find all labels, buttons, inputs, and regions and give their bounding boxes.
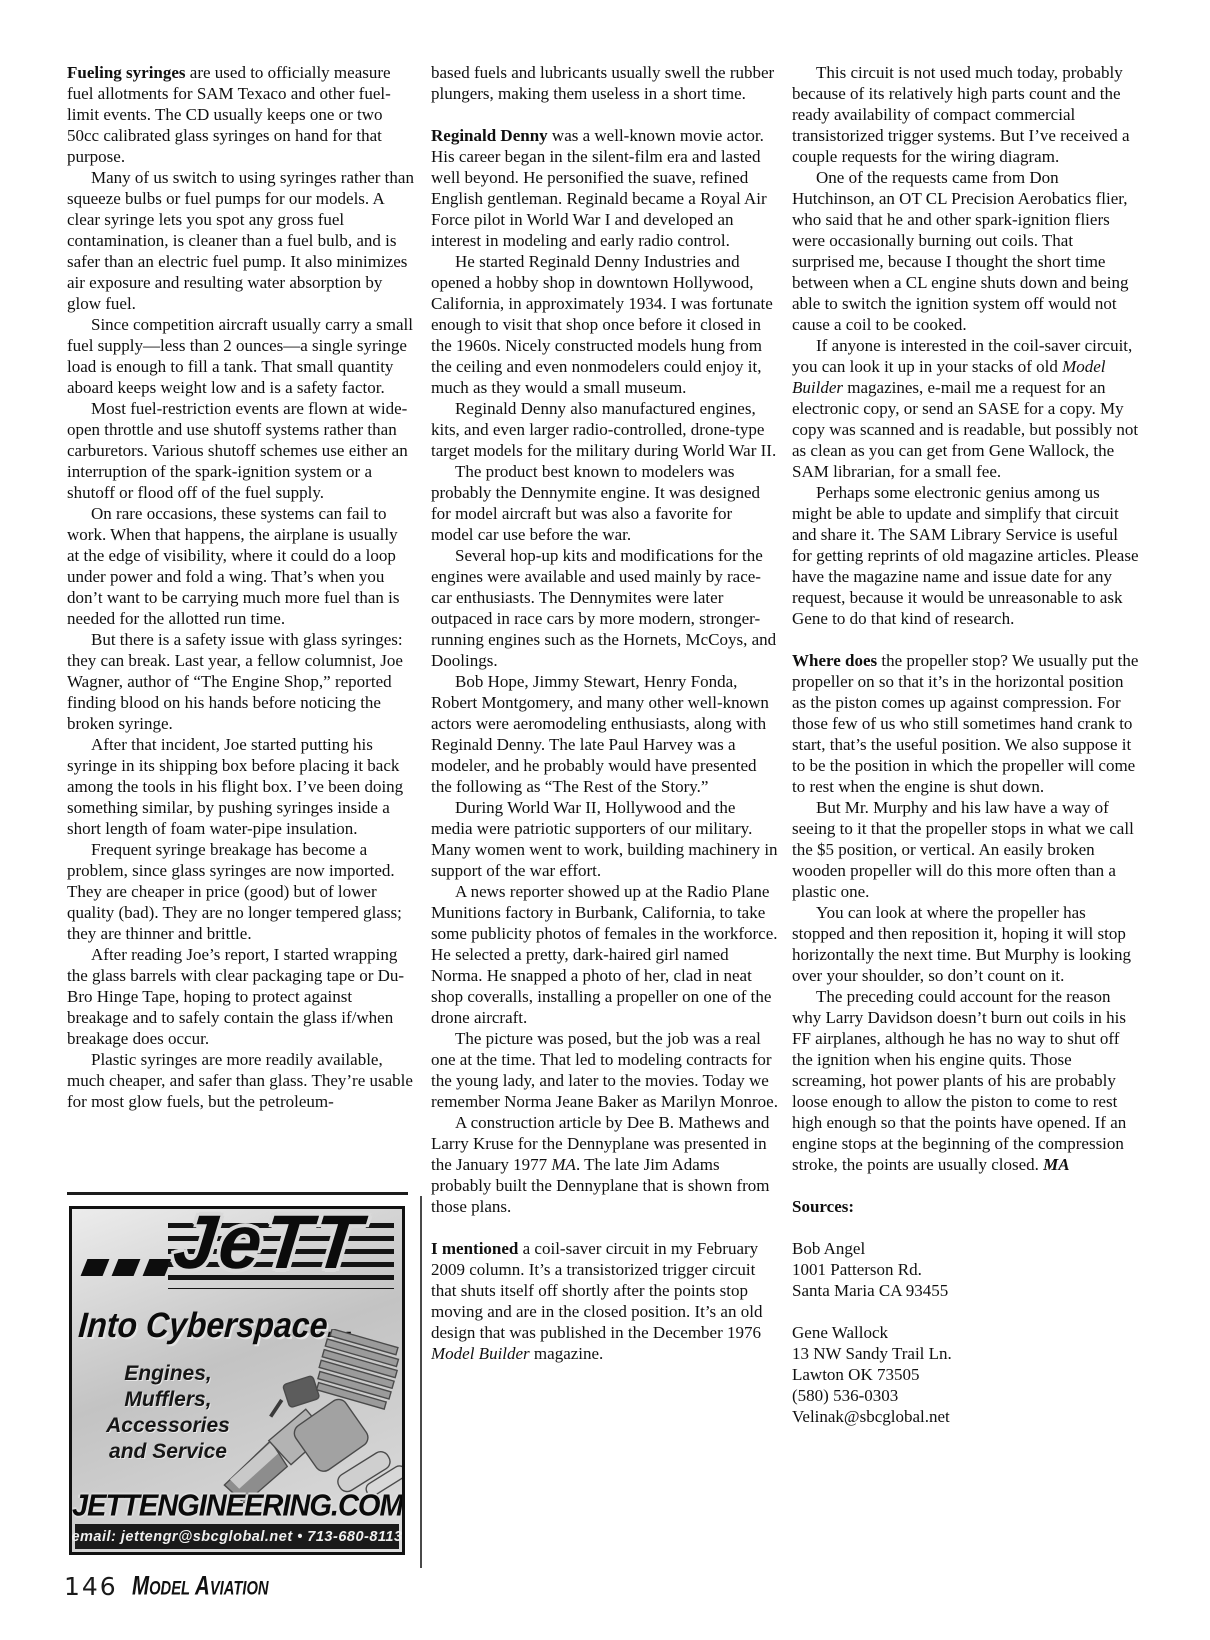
text-run: MA [551,1155,576,1174]
text-run: You can look at where the propeller has … [792,903,1131,985]
text-run: Reginald Denny [431,126,548,145]
paragraph: A news reporter showed up at the Radio P… [431,881,778,1028]
ad-contact-bar: email: jettengr@sbcglobal.net • 713-680-… [75,1524,399,1549]
page-footer: 146 Model Aviation [64,1572,298,1602]
paragraph: The product best known to modelers was p… [431,461,778,545]
paragraph: Most fuel-restriction events are flown a… [67,398,414,503]
text-run: Several hop-up kits and modifications fo… [431,546,776,670]
jett-brand-text: JeTT [169,1206,368,1286]
article-column-3: This circuit is not used much today, pro… [792,62,1139,1570]
paragraph: Sources: [792,1196,1139,1217]
page-number: 146 [64,1572,118,1601]
text-run: (580) 536-0303 [792,1386,898,1405]
paragraph: Santa Maria CA 93455 [792,1280,1139,1301]
paragraph: One of the requests came from Don Hutchi… [792,167,1139,335]
text-run: But Mr. Murphy and his law have a way of… [792,798,1134,901]
text-run: I mentioned [431,1239,518,1258]
paragraph: The preceding could account for the reas… [792,986,1139,1175]
paragraph: 13 NW Sandy Trail Ln. [792,1343,1139,1364]
paragraph: Since competition aircraft usually carry… [67,314,414,398]
text-run: Reginald Denny also manufactured engines… [431,399,776,460]
paragraph: Bob Hope, Jimmy Stewart, Henry Fonda, Ro… [431,671,778,797]
paragraph: Reginald Denny also manufactured engines… [431,398,778,461]
text-run: After that incident, Joe started putting… [67,735,403,838]
ad-contact-text: email: jettengr@sbcglobal.net • 713-680-… [71,1529,402,1545]
paragraph: Bob Angel [792,1238,1139,1259]
text-run: MA [1043,1155,1069,1174]
text-run: Since competition aircraft usually carry… [67,315,413,397]
paragraph: The picture was posed, but the job was a… [431,1028,778,1112]
text-run: But there is a safety issue with glass s… [67,630,403,733]
text-run: Gene Wallock [792,1323,888,1342]
text-run: 13 NW Sandy Trail Ln. [792,1344,952,1363]
text-run: The product best known to modelers was p… [431,462,760,544]
text-run: Model Builder [431,1344,530,1363]
text-run: Plastic syringes are more readily availa… [67,1050,413,1111]
text-run: 1001 Patterson Rd. [792,1260,922,1279]
text-run: magazine. [530,1344,604,1363]
text-run: He started Reginald Denny Industries and… [431,252,773,397]
paragraph: A construction article by Dee B. Mathews… [431,1112,778,1217]
paragraph: If anyone is interested in the coil-save… [792,335,1139,482]
paragraph: This circuit is not used much today, pro… [792,62,1139,167]
ad-website: JETTENGINEERING.COM [72,1489,402,1524]
paragraph: But there is a safety issue with glass s… [67,629,414,734]
text-run: Velinak@sbcglobal.net [792,1407,950,1426]
text-run: based fuels and lubricants usually swell… [431,63,774,103]
text-run: magazines, e-mail me a request for an el… [792,378,1138,481]
jett-logo-dots [84,1259,168,1276]
ad-separator-rule [67,1192,408,1195]
jett-engineering-ad: JeTT Into Cyberspace... Engines, Muffler… [69,1206,405,1555]
paragraph: Fueling syringes are used to officially … [67,62,414,167]
text-run: Santa Maria CA 93455 [792,1281,948,1300]
paragraph: During World War II, Hollywood and the m… [431,797,778,881]
paragraph: Frequent syringe breakage has become a p… [67,839,414,944]
text-run: Most fuel-restriction events are flown a… [67,399,408,502]
paragraph: Gene Wallock [792,1322,1139,1343]
text-run: Perhaps some electronic genius among us … [792,483,1139,628]
paragraph: After that incident, Joe started putting… [67,734,414,839]
paragraph: Velinak@sbcglobal.net [792,1406,1139,1427]
text-run: On rare occasions, these systems can fai… [67,504,400,628]
column-divider-rule [420,1196,422,1568]
paragraph: Perhaps some electronic genius among us … [792,482,1139,629]
text-run: During World War II, Hollywood and the m… [431,798,778,880]
paragraph: Plastic syringes are more readily availa… [67,1049,414,1112]
text-run: The preceding could account for the reas… [792,987,1126,1174]
text-run: the propeller stop? We usually put the p… [792,651,1138,796]
text-run: Frequent syringe breakage has become a p… [67,840,402,943]
paragraph: But Mr. Murphy and his law have a way of… [792,797,1139,902]
paragraph: Several hop-up kits and modifications fo… [431,545,778,671]
text-run: A news reporter showed up at the Radio P… [431,882,778,1027]
paragraph: Reginald Denny was a well-known movie ac… [431,125,778,251]
paragraph: (580) 536-0303 [792,1385,1139,1406]
text-run: The picture was posed, but the job was a… [431,1029,778,1111]
magazine-page: Fueling syringes are used to officially … [0,0,1210,1640]
paragraph: I mentioned a coil-saver circuit in my F… [431,1238,778,1364]
jett-logo: JeTT [76,1213,398,1299]
paragraph: Lawton OK 73505 [792,1364,1139,1385]
text-run: Fueling syringes [67,63,186,82]
paragraph: based fuels and lubricants usually swell… [431,62,778,104]
text-run: Sources: [792,1197,854,1216]
paragraph: Where does the propeller stop? We usuall… [792,650,1139,797]
paragraph: He started Reginald Denny Industries and… [431,251,778,398]
magazine-logo: Model Aviation [132,1571,269,1602]
text-run: One of the requests came from Don Hutchi… [792,168,1128,334]
text-run: After reading Joe’s report, I started wr… [67,945,404,1048]
paragraph: Many of us switch to using syringes rath… [67,167,414,314]
article-column-1: Fueling syringes are used to officially … [67,62,414,1188]
text-run: This circuit is not used much today, pro… [792,63,1130,166]
paragraph: You can look at where the propeller has … [792,902,1139,986]
article-column-2: based fuels and lubricants usually swell… [431,62,778,1570]
text-run: Bob Hope, Jimmy Stewart, Henry Fonda, Ro… [431,672,769,796]
text-run: Lawton OK 73505 [792,1365,919,1384]
paragraph: 1001 Patterson Rd. [792,1259,1139,1280]
text-run: Many of us switch to using syringes rath… [67,168,414,313]
text-run: Bob Angel [792,1239,865,1258]
paragraph: After reading Joe’s report, I started wr… [67,944,414,1049]
paragraph: On rare occasions, these systems can fai… [67,503,414,629]
text-run: Where does [792,651,877,670]
